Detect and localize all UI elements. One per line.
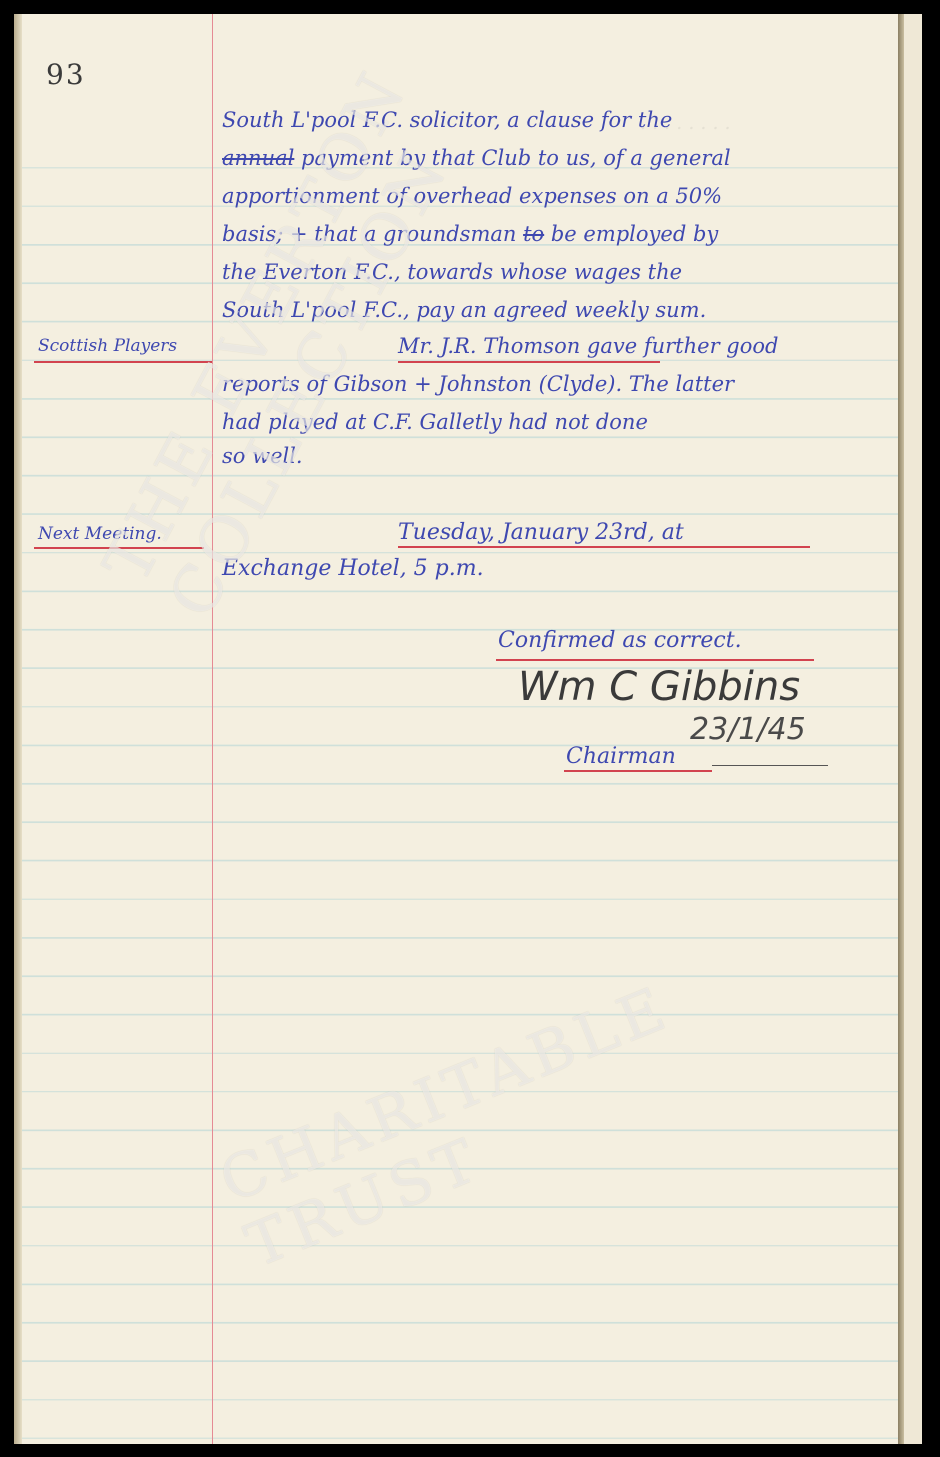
- struck-word: annual: [222, 146, 294, 170]
- chairman-title: Chairman: [566, 744, 676, 769]
- adjacent-page-edge: [904, 14, 922, 1444]
- confirmation-label: Confirmed as correct.: [498, 628, 742, 653]
- page-number: 93: [46, 58, 86, 91]
- date-underline: [398, 546, 810, 548]
- signature-date: 23/1/45: [690, 712, 806, 747]
- minute-line: Mr. J.R. Thomson gave further good: [398, 334, 778, 358]
- chairman-underline: [564, 770, 712, 772]
- minute-line: Exchange Hotel, 5 p.m.: [222, 556, 484, 581]
- minute-line: Tuesday, January 23rd, at: [398, 520, 684, 545]
- margin-rule: [212, 14, 213, 1444]
- heading-underline: [34, 361, 212, 363]
- signature-rule: [712, 765, 828, 766]
- struck-word: to: [523, 222, 544, 246]
- chairman-signature: Wm C Gibbins: [518, 664, 800, 710]
- page-edge: [14, 14, 22, 1444]
- margin-heading-scottish-players: Scottish Players: [38, 336, 177, 356]
- confirmation-underline: [496, 659, 814, 661]
- speaker-underline: [398, 361, 660, 363]
